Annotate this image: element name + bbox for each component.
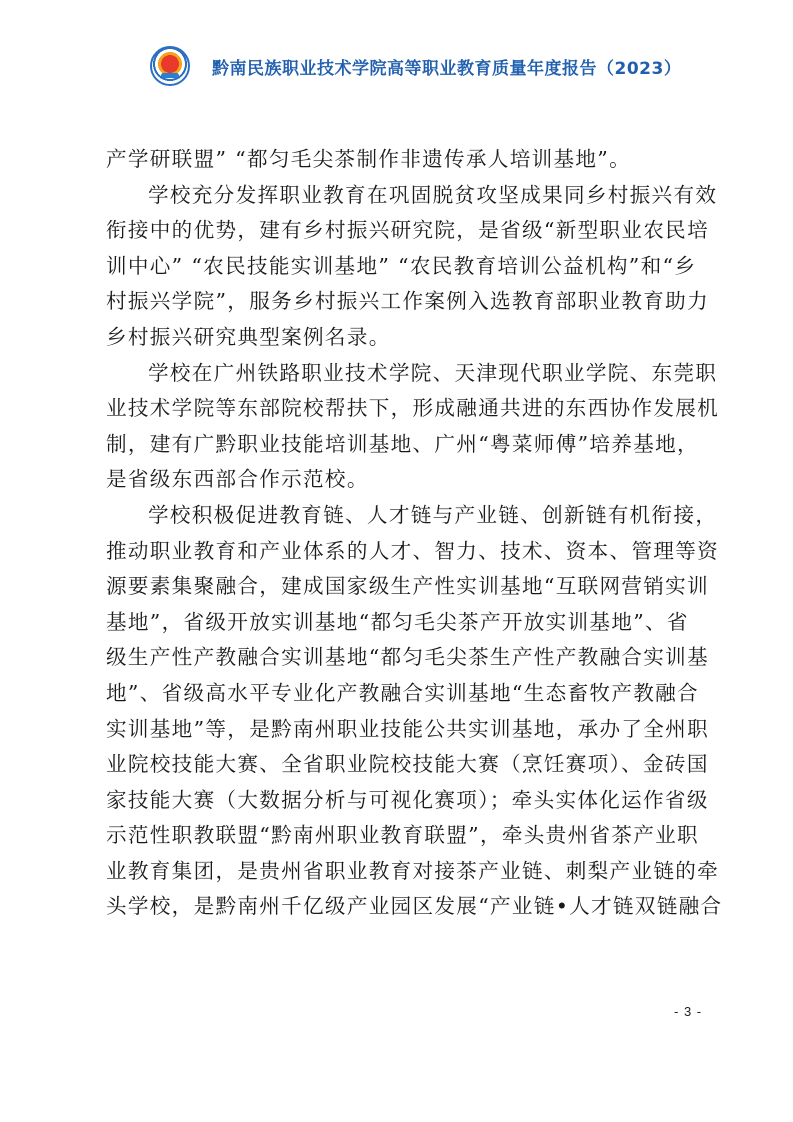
text-line: 基地”，省级开放实训基地“都匀毛尖茶产开放实训基地”、省 bbox=[106, 605, 702, 641]
text-line: 学校充分发挥职业教育在巩固脱贫攻坚成果同乡村振兴有效 bbox=[106, 178, 702, 214]
text-line: 头学校，是黔南州千亿级产业园区发展“产业链•人才链双链融合 bbox=[106, 889, 702, 925]
text-line: 村振兴学院”，服务乡村振兴工作案例入选教育部职业教育助力 bbox=[106, 284, 702, 320]
text-line: 推动职业教育和产业体系的人才、智力、技术、资本、管理等资 bbox=[106, 534, 702, 570]
text-line: 实训基地”等，是黔南州职业技能公共实训基地，承办了全州职 bbox=[106, 712, 702, 748]
text-line: 地”、省级高水平专业化产教融合实训基地“生态畜牧产教融合 bbox=[106, 676, 702, 712]
emblem-ring bbox=[150, 46, 190, 86]
text-line: 学校积极促进教育链、人才链与产业链、创新链有机衔接， bbox=[106, 498, 702, 534]
text-line: 乡村振兴研究典型案例名录。 bbox=[106, 320, 702, 356]
text-line: 训中心” “农民技能实训基地” “农民教育培训公益机构”和“乡 bbox=[106, 249, 702, 285]
text-line: 制，建有广黔职业技能培训基地、广州“粤菜师傅”培养基地， bbox=[106, 427, 702, 463]
school-emblem-icon bbox=[150, 46, 190, 86]
text-line: 源要素集聚融合，建成国家级生产性实训基地“互联网营销实训 bbox=[106, 569, 702, 605]
text-line: 是省级东西部合作示范校。 bbox=[106, 462, 702, 498]
body-text: 产学研联盟” “都匀毛尖茶制作非遗传承人培训基地”。学校充分发挥职业教育在巩固脱… bbox=[106, 142, 702, 925]
report-title: 黔南民族职业技术学院高等职业教育质量年度报告（2023） bbox=[212, 54, 681, 79]
text-line: 业教育集团，是贵州省职业教育对接茶产业链、刺梨产业链的牵 bbox=[106, 854, 702, 890]
text-line: 业技术学院等东部院校帮扶下，形成融通共进的东西协作发展机 bbox=[106, 391, 702, 427]
text-line: 业院校技能大赛、全省职业院校技能大赛（烹饪赛项）、金砖国 bbox=[106, 747, 702, 783]
emblem-wave bbox=[161, 73, 179, 78]
page-header: 黔南民族职业技术学院高等职业教育质量年度报告（2023） bbox=[150, 44, 670, 88]
text-line: 家技能大赛（大数据分析与可视化赛项）；牵头实体化运作省级 bbox=[106, 783, 702, 819]
text-line: 衔接中的优势，建有乡村振兴研究院，是省级“新型职业农民培 bbox=[106, 213, 702, 249]
text-line: 产学研联盟” “都匀毛尖茶制作非遗传承人培训基地”。 bbox=[106, 142, 702, 178]
text-line: 级生产性产教融合实训基地“都匀毛尖茶生产性产教融合实训基 bbox=[106, 640, 702, 676]
text-line: 学校在广州铁路职业技术学院、天津现代职业学院、东莞职 bbox=[106, 356, 702, 392]
page-number: - 3 - bbox=[674, 1004, 702, 1019]
text-line: 示范性职教联盟“黔南州职业教育联盟”，牵头贵州省茶产业职 bbox=[106, 818, 702, 854]
